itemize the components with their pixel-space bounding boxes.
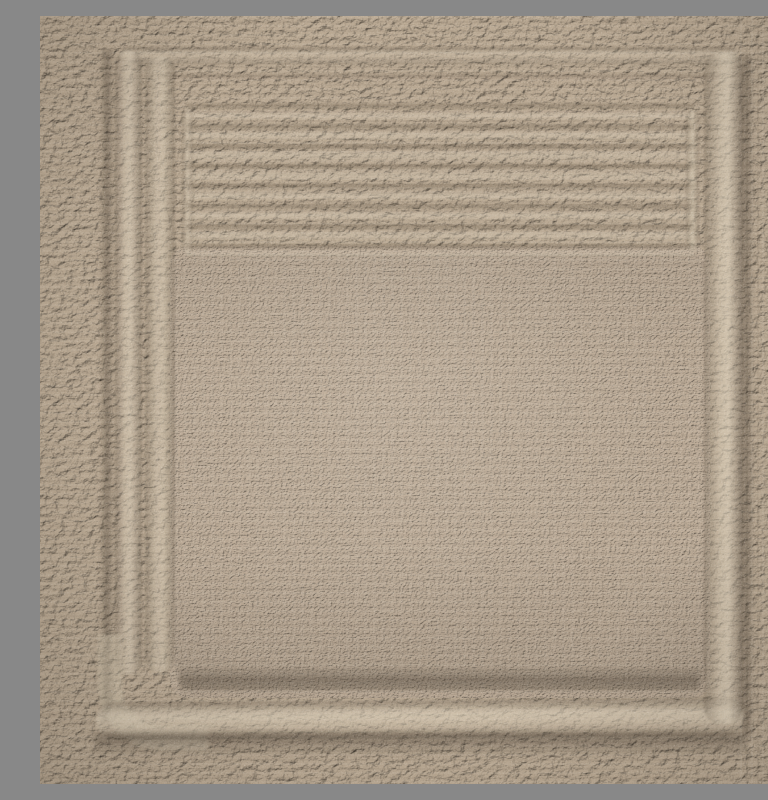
vignette: [40, 16, 768, 784]
towel-macro-photo: [40, 16, 768, 784]
